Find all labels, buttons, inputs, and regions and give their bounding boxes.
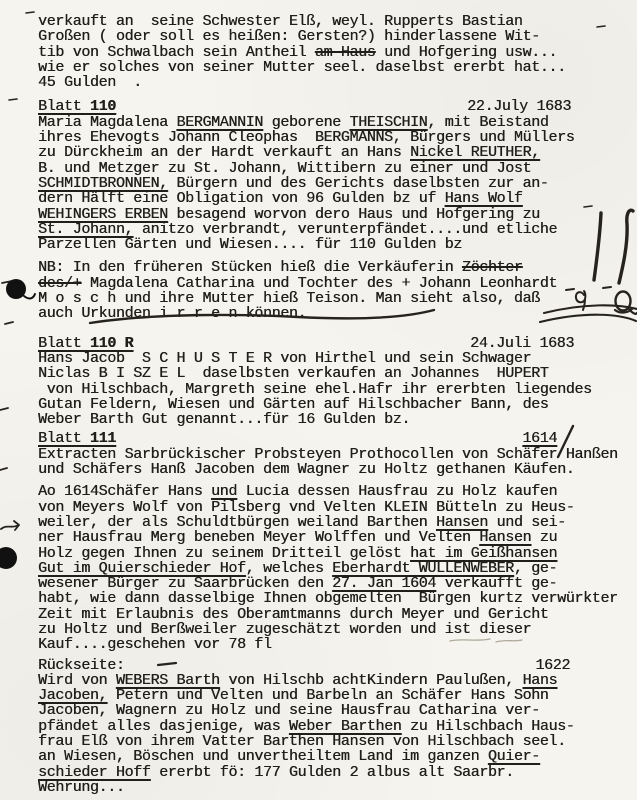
document-page: verkauft an seine Schwester Elß, weyl. R…: [0, 0, 637, 800]
text-line: weiler, der als Schuldtbürgen weiland Ba…: [38, 515, 637, 530]
text-block-rueckseite: Rückseite:1622Wird von WEBERS Barth von …: [38, 658, 637, 796]
text-line: Jacoben, Petern und Velten und Barbeln a…: [38, 688, 637, 703]
block-header: Blatt 110 R24.Juli 1683: [38, 336, 637, 351]
text-line: zu Holtz und Berßweiler zugeschätzt word…: [38, 622, 637, 637]
text-line: Wehrung...: [38, 780, 637, 795]
text-line: Kauf....geschehen vor 78 fl: [38, 637, 637, 652]
text-line: Großen ( oder soll es heißen: Gersten?) …: [38, 29, 637, 44]
text-line: wesener Bürger zu Saarbrücken den 27. Ja…: [38, 576, 637, 591]
text-run: Wehrung...: [38, 779, 125, 796]
text-run: Parzellen Gärten und Wiesen.... für 110 …: [38, 236, 462, 253]
entry-date: 1622: [535, 658, 570, 673]
entry-date: 1614: [522, 431, 557, 446]
text-line: Zeit mit Erlaubnis des Oberamtmanns durc…: [38, 607, 637, 622]
text-line: St. Johann, anitzo verbrandt, verunterpf…: [38, 222, 637, 237]
ink-blot-lower: [0, 547, 17, 569]
text-run: 110 R: [90, 335, 133, 352]
text-run: ererbt fö: 177 Gulden 2 albus alt Saarbr…: [150, 764, 513, 781]
text-run: Blatt: [38, 430, 90, 447]
block-header: Blatt 1111614: [38, 431, 637, 446]
text-line: Hans Jacob S C H U S T E R von Hirthel u…: [38, 351, 637, 366]
text-line: zu Dürckheim an der Hardt verkauft an Ha…: [38, 145, 637, 160]
text-line: Jacoben, Wagnern zu Holz und seine Hausf…: [38, 703, 637, 718]
text-line: von Hilschbach, Margreth seine ehel.Hafr…: [38, 382, 637, 397]
text-run: 45 Gulden .: [38, 74, 142, 91]
text-line: Wird von WEBERS Barth von Hilschb achtKi…: [38, 673, 637, 688]
block-header: Blatt 11022.July 1683: [38, 99, 637, 114]
document-text: verkauft an seine Schwester Elß, weyl. R…: [38, 14, 637, 795]
text-run: auch Urkunden i r r e n können.: [38, 305, 306, 322]
text-line: Weber Barth Gut genannt...für 16 Gulden …: [38, 412, 637, 427]
text-line: Ao 1614Schäfer Hans und Lucia dessen Hau…: [38, 484, 637, 499]
text-line: Parzellen Gärten und Wiesen.... für 110 …: [38, 237, 637, 252]
text-line: und Schäfers Hanß Jacoben dem Wagner zu …: [38, 462, 637, 477]
text-line: Extracten Sarbrückischer Probsteyen Prot…: [38, 447, 637, 462]
text-run: 1622: [535, 657, 570, 674]
text-line: ihres Ehevogts Johann Cleophas BERGMANNS…: [38, 130, 637, 145]
text-run: Rückseite:: [38, 657, 125, 674]
entry-date: 24.Juli 1683: [470, 336, 574, 351]
text-line: SCHMIDTBRONNEN, Bürgern und des Gerichts…: [38, 176, 637, 191]
text-line: pfändet alles dasjenige, was Weber Barth…: [38, 719, 637, 734]
text-line: 45 Gulden .: [38, 75, 637, 90]
text-line: schieder Hoff ererbt fö: 177 Gulden 2 al…: [38, 765, 637, 780]
text-line: Maria Magdalena BERGMANNIN geborene THEI…: [38, 115, 637, 130]
text-line: NB: In den früheren Stücken hieß die Ver…: [38, 260, 637, 275]
text-run: Kauf....geschehen vor 78 fl: [38, 636, 272, 653]
text-line: Holz gegen Ihnen zu seinem Dritteil gelö…: [38, 546, 637, 561]
text-run: 1614: [522, 430, 557, 447]
text-line: Gutan Feldern, Wiesen und Gärten auf Hil…: [38, 397, 637, 412]
text-line: Gut im Quierschieder Hof, welches Eberha…: [38, 561, 637, 576]
block-header: Rückseite:1622: [38, 658, 637, 673]
text-line: wie er solches von seiner Mutter seel. d…: [38, 60, 637, 75]
text-line: ner Hausfrau Merg beneben Meyer Wolffen …: [38, 530, 637, 545]
text-run: Blatt: [38, 98, 90, 115]
text-line: frau Elß von ihrem Vatter Barthen Hansen…: [38, 734, 637, 749]
text-line: habt, wie dann dasselbige Ihnen obgemelt…: [38, 591, 637, 606]
text-line: M o s c h und ihre Mutter hieß Teison. M…: [38, 291, 637, 306]
text-block-intro: verkauft an seine Schwester Elß, weyl. R…: [38, 14, 637, 90]
text-line: von Meyers Wolf von Pilsberg vnd Velten …: [38, 500, 637, 515]
entry-date: 22.July 1683: [467, 99, 571, 114]
text-block-blatt-110: Blatt 11022.July 1683Maria Magdalena BER…: [38, 99, 637, 252]
text-line: dern Hälft eine Obligation von 96 Gulden…: [38, 191, 637, 206]
text-run: 110: [90, 98, 116, 115]
text-line: an Wiesen, Böschen und unvertheiltem Lan…: [38, 749, 637, 764]
arrow-scribble: [1, 521, 19, 530]
text-run: 111: [90, 430, 116, 447]
text-line: WEHINGERS ERBEN besagend worvon dero Hau…: [38, 207, 637, 222]
text-line: auch Urkunden i r r e n können.: [38, 306, 637, 321]
text-line: B. und Metzger zu St. Johann, Wittibern …: [38, 161, 637, 176]
ink-blot-upper: [6, 279, 35, 299]
text-line: Niclas B I SZ E L daselbsten verkaufen a…: [38, 366, 637, 381]
text-block-nb-note: NB: In den früheren Stücken hieß die Ver…: [38, 260, 637, 321]
text-line: tib von Schwalbach sein Antheil am Haus …: [38, 45, 637, 60]
text-line: verkauft an seine Schwester Elß, weyl. R…: [38, 14, 637, 29]
text-line: des/+ Magdalena Catharina und Tochter de…: [38, 276, 637, 291]
text-run: Blatt: [38, 335, 90, 352]
text-run: 22.July 1683: [467, 98, 571, 115]
text-run: 24.Juli 1683: [470, 335, 574, 352]
margin-tick-marks-left: [0, 281, 13, 470]
text-run: Weber Barth Gut genannt...für 16 Gulden …: [38, 411, 410, 428]
text-block-blatt-110r: Blatt 110 R24.Juli 1683Hans Jacob S C H …: [38, 336, 637, 428]
text-block-blatt-111: Blatt 1111614Extracten Sarbrückischer Pr…: [38, 431, 637, 652]
text-run: und Schäfers Hanß Jacoben dem Wagner zu …: [38, 461, 574, 478]
